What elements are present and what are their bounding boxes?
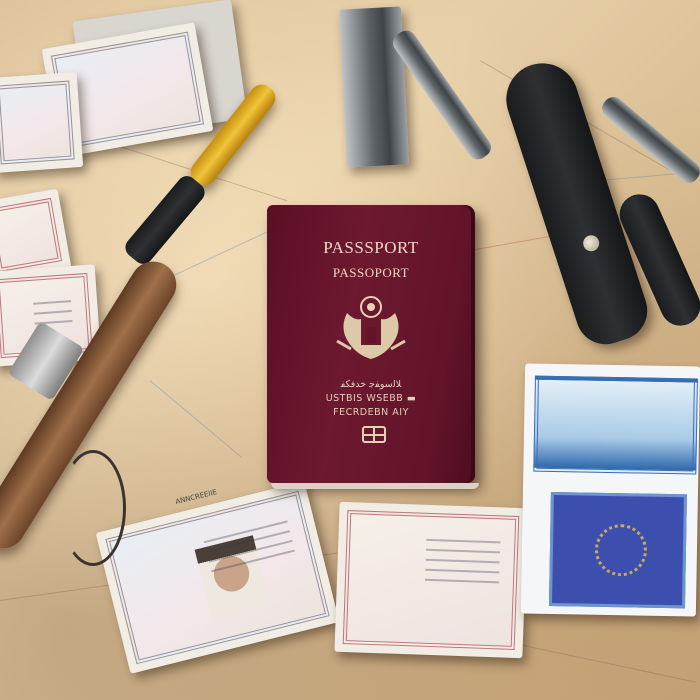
blue-passport-cover — [549, 492, 687, 608]
photo-id-card-bottom — [96, 481, 340, 674]
passport-script-line-2: USTBIS WSEBB ▬ — [267, 393, 475, 404]
rivet-icon — [581, 233, 601, 253]
emblem-icon — [595, 524, 648, 577]
visa-page — [533, 376, 698, 475]
passport-script-line-3: FECRDEBN AIY — [267, 407, 475, 418]
blue-passport-document-right — [521, 363, 700, 616]
knife-grip — [121, 172, 208, 268]
hook-blade — [598, 93, 700, 187]
photo-scene: ANNCREEIIE PASSSPORT PASSOPORT ﻼﻟﺳﻮﻔﺟ ﺧﺪ… — [0, 0, 700, 700]
coat-of-arms-icon — [333, 293, 409, 369]
map-river — [150, 380, 243, 458]
passport: PASSSPORT PASSOPORT ﻼﻟﺳﻮﻔﺟ ﺧﺪﻓﻜﻔ USTBIS … — [267, 205, 475, 483]
earphone-cable — [60, 450, 126, 566]
map-road — [470, 236, 549, 251]
cleaver-knife — [339, 6, 409, 167]
biometric-chip-icon — [362, 426, 386, 443]
map-road — [500, 640, 696, 683]
passport-script-line-1: ﻼﻟﺳﻮﻔﺟ ﺧﺪﻓﻜﻔ — [267, 379, 475, 390]
red-certificate-bottom — [334, 502, 527, 658]
passport-subtitle: PASSOPORT — [267, 265, 475, 281]
passport-title: PASSSPORT — [267, 238, 475, 258]
id-card — [0, 72, 83, 173]
